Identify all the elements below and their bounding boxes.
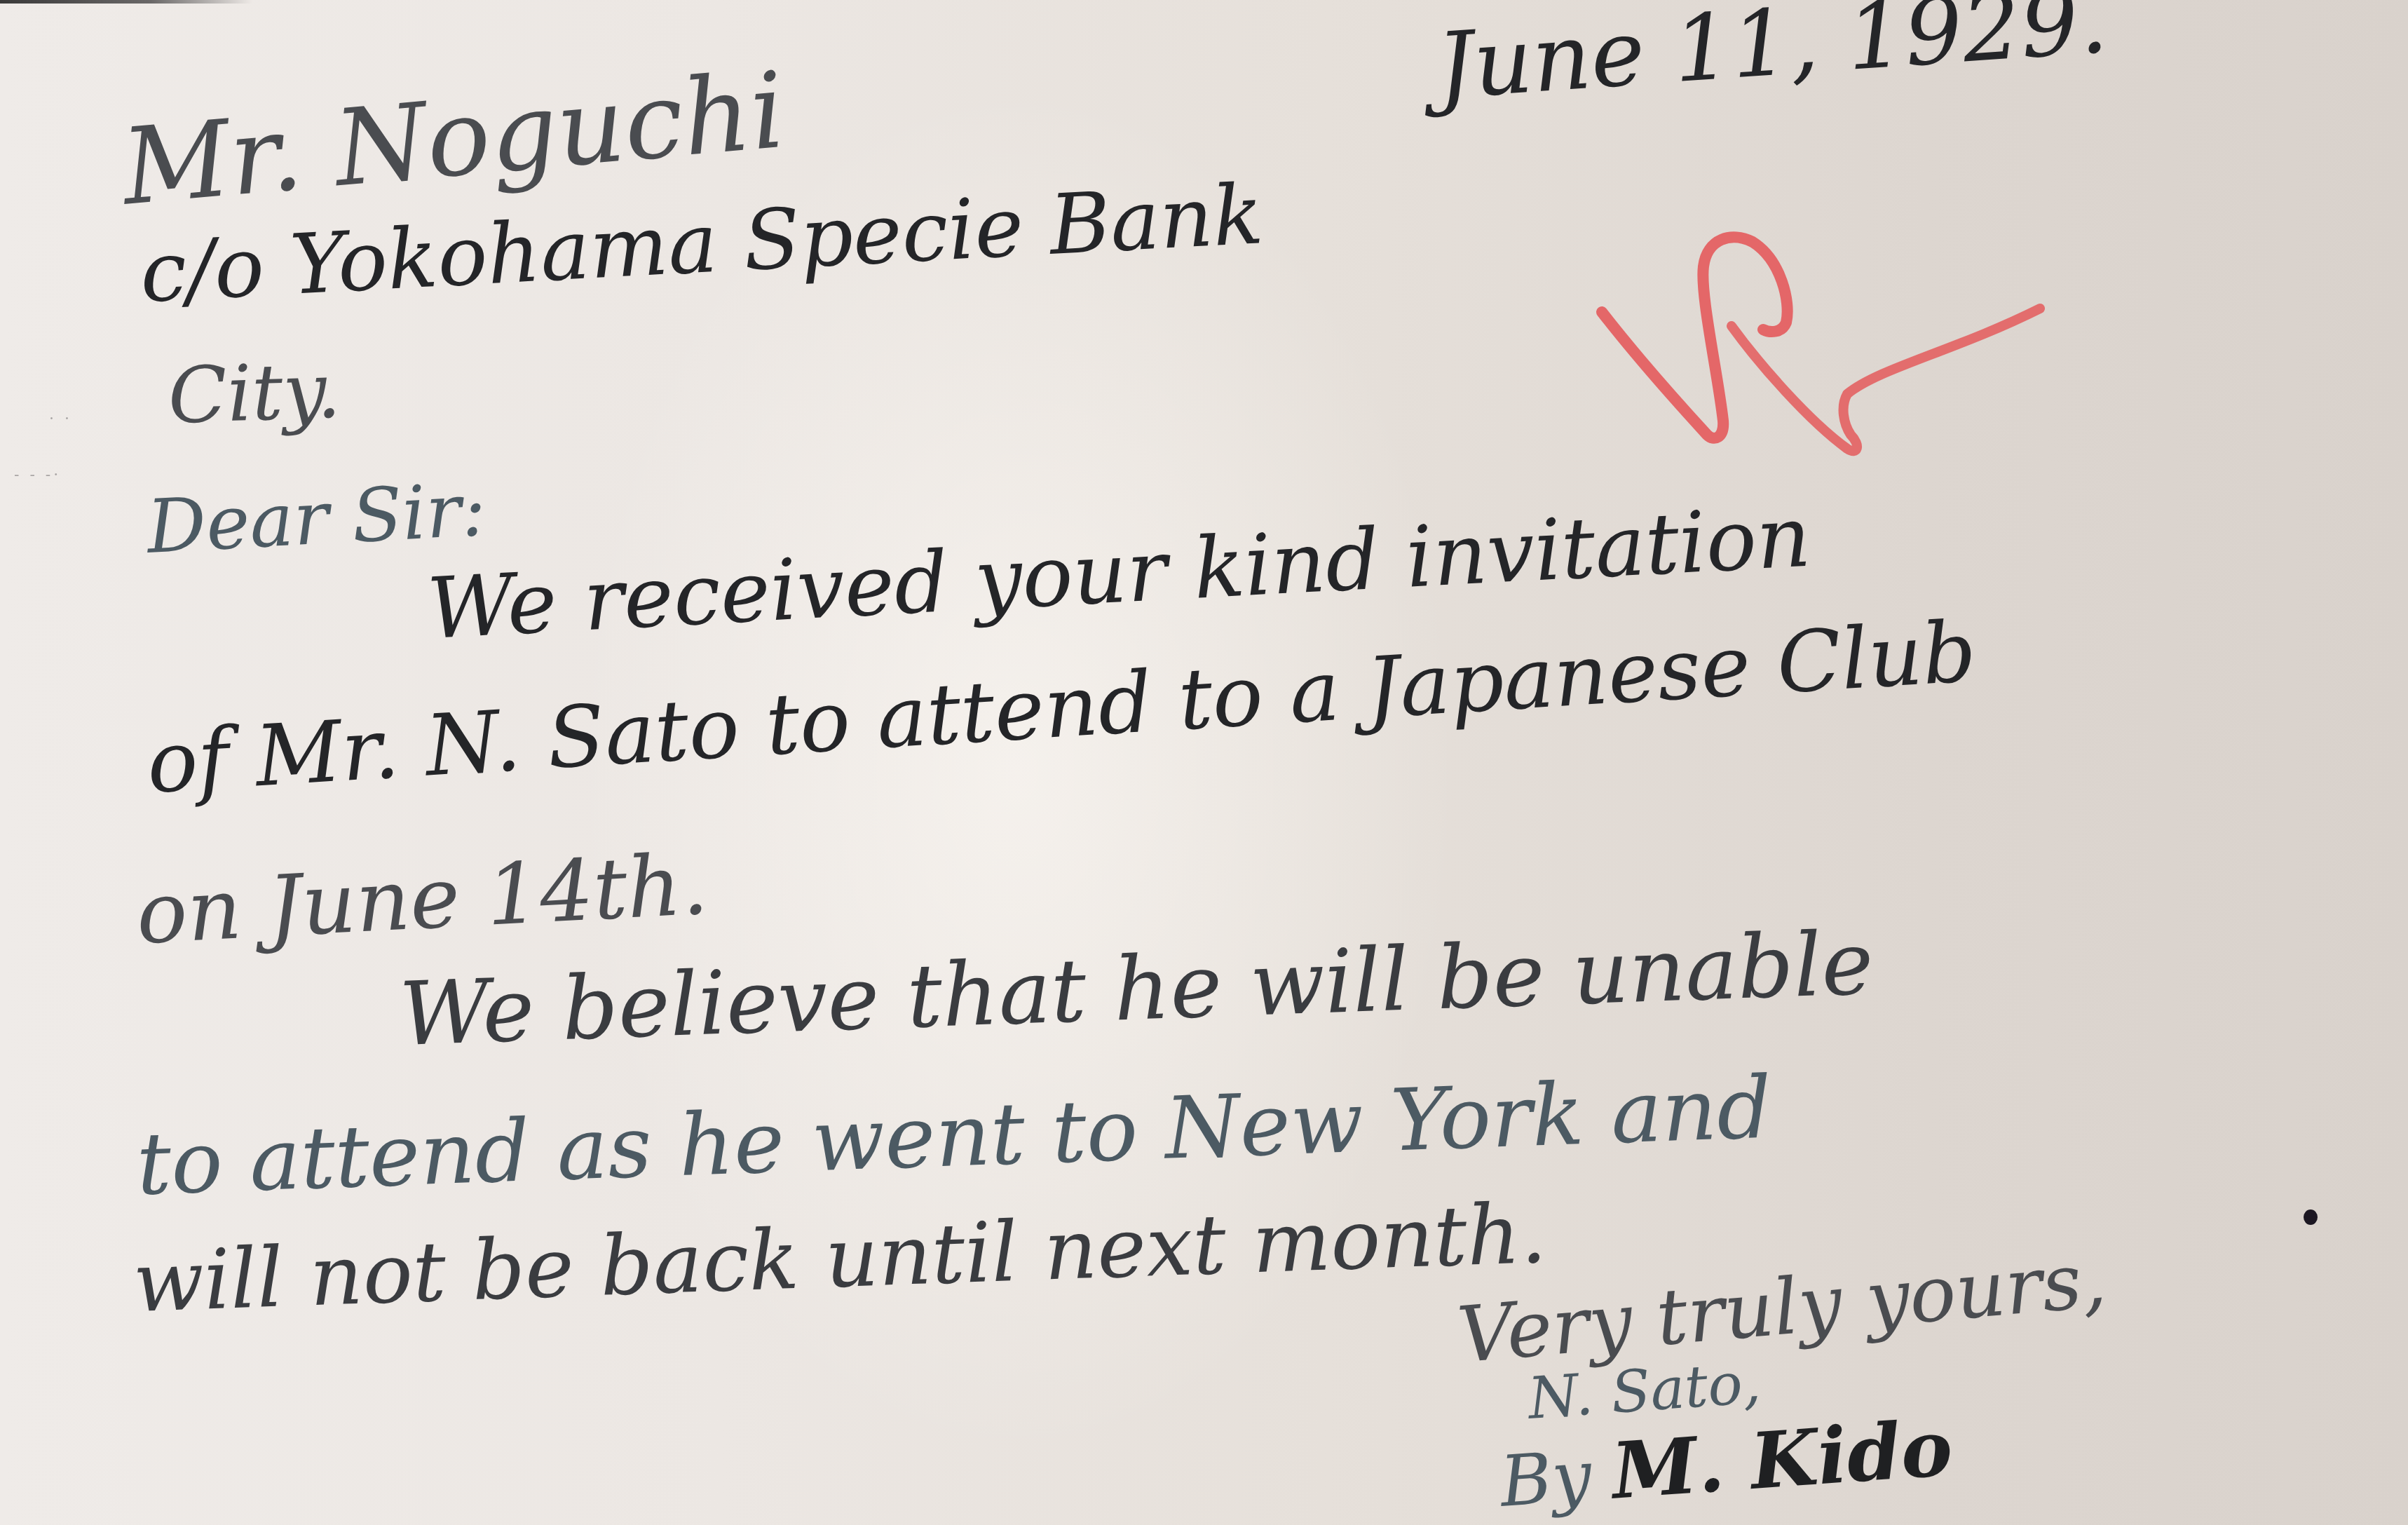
signer-name: N. Sato, <box>1526 1355 1762 1428</box>
red-checkmark-icon <box>1563 210 2068 477</box>
margin-smudge: - - -· <box>14 466 61 484</box>
paper-top-edge-shadow <box>0 0 252 4</box>
recipient-city: City. <box>167 351 342 435</box>
by-label: By <box>1497 1435 1594 1523</box>
salutation: Dear Sir: <box>145 473 487 564</box>
margin-smudge: · · <box>49 410 72 428</box>
ink-blot <box>2304 1209 2318 1225</box>
